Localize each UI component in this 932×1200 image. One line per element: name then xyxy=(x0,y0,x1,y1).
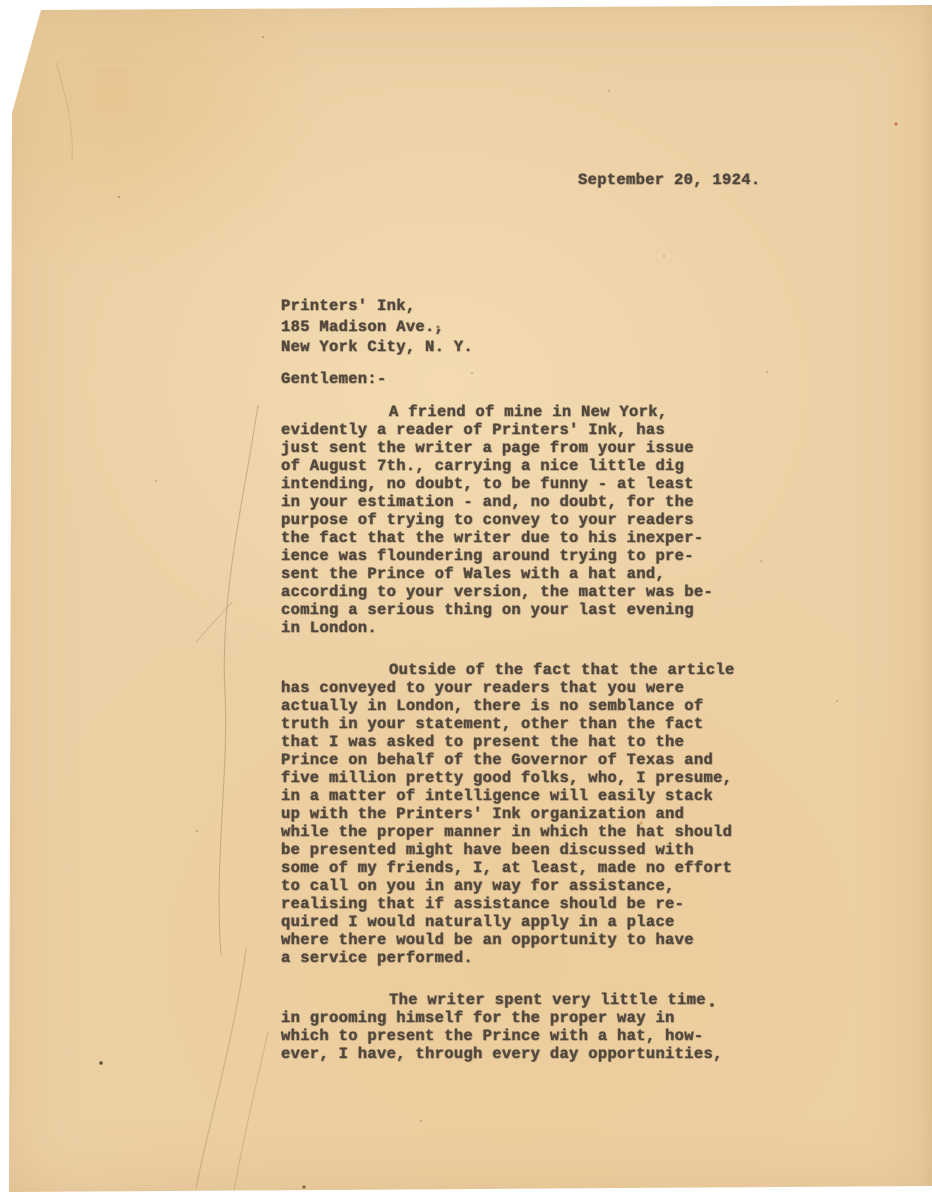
paragraph-3: The writer spent very little time in gro… xyxy=(281,991,741,1063)
paper-specks xyxy=(0,0,2,2)
salutation: Gentlemen:- xyxy=(281,369,387,389)
letter-date: September 20, 1924. xyxy=(578,170,760,190)
paragraph-2: Outside of the fact that the article has… xyxy=(281,661,741,967)
letter-body: A friend of mine in New York, evidently … xyxy=(281,403,741,1087)
paragraph-1: A friend of mine in New York, evidently … xyxy=(281,403,741,637)
recipient-address: Printers' Ink, 185 Madison Ave., New Yor… xyxy=(281,296,473,358)
scanned-letter: September 20, 1924. Printers' Ink, 185 M… xyxy=(0,0,932,1200)
paper-sheet: September 20, 1924. Printers' Ink, 185 M… xyxy=(0,0,932,1200)
